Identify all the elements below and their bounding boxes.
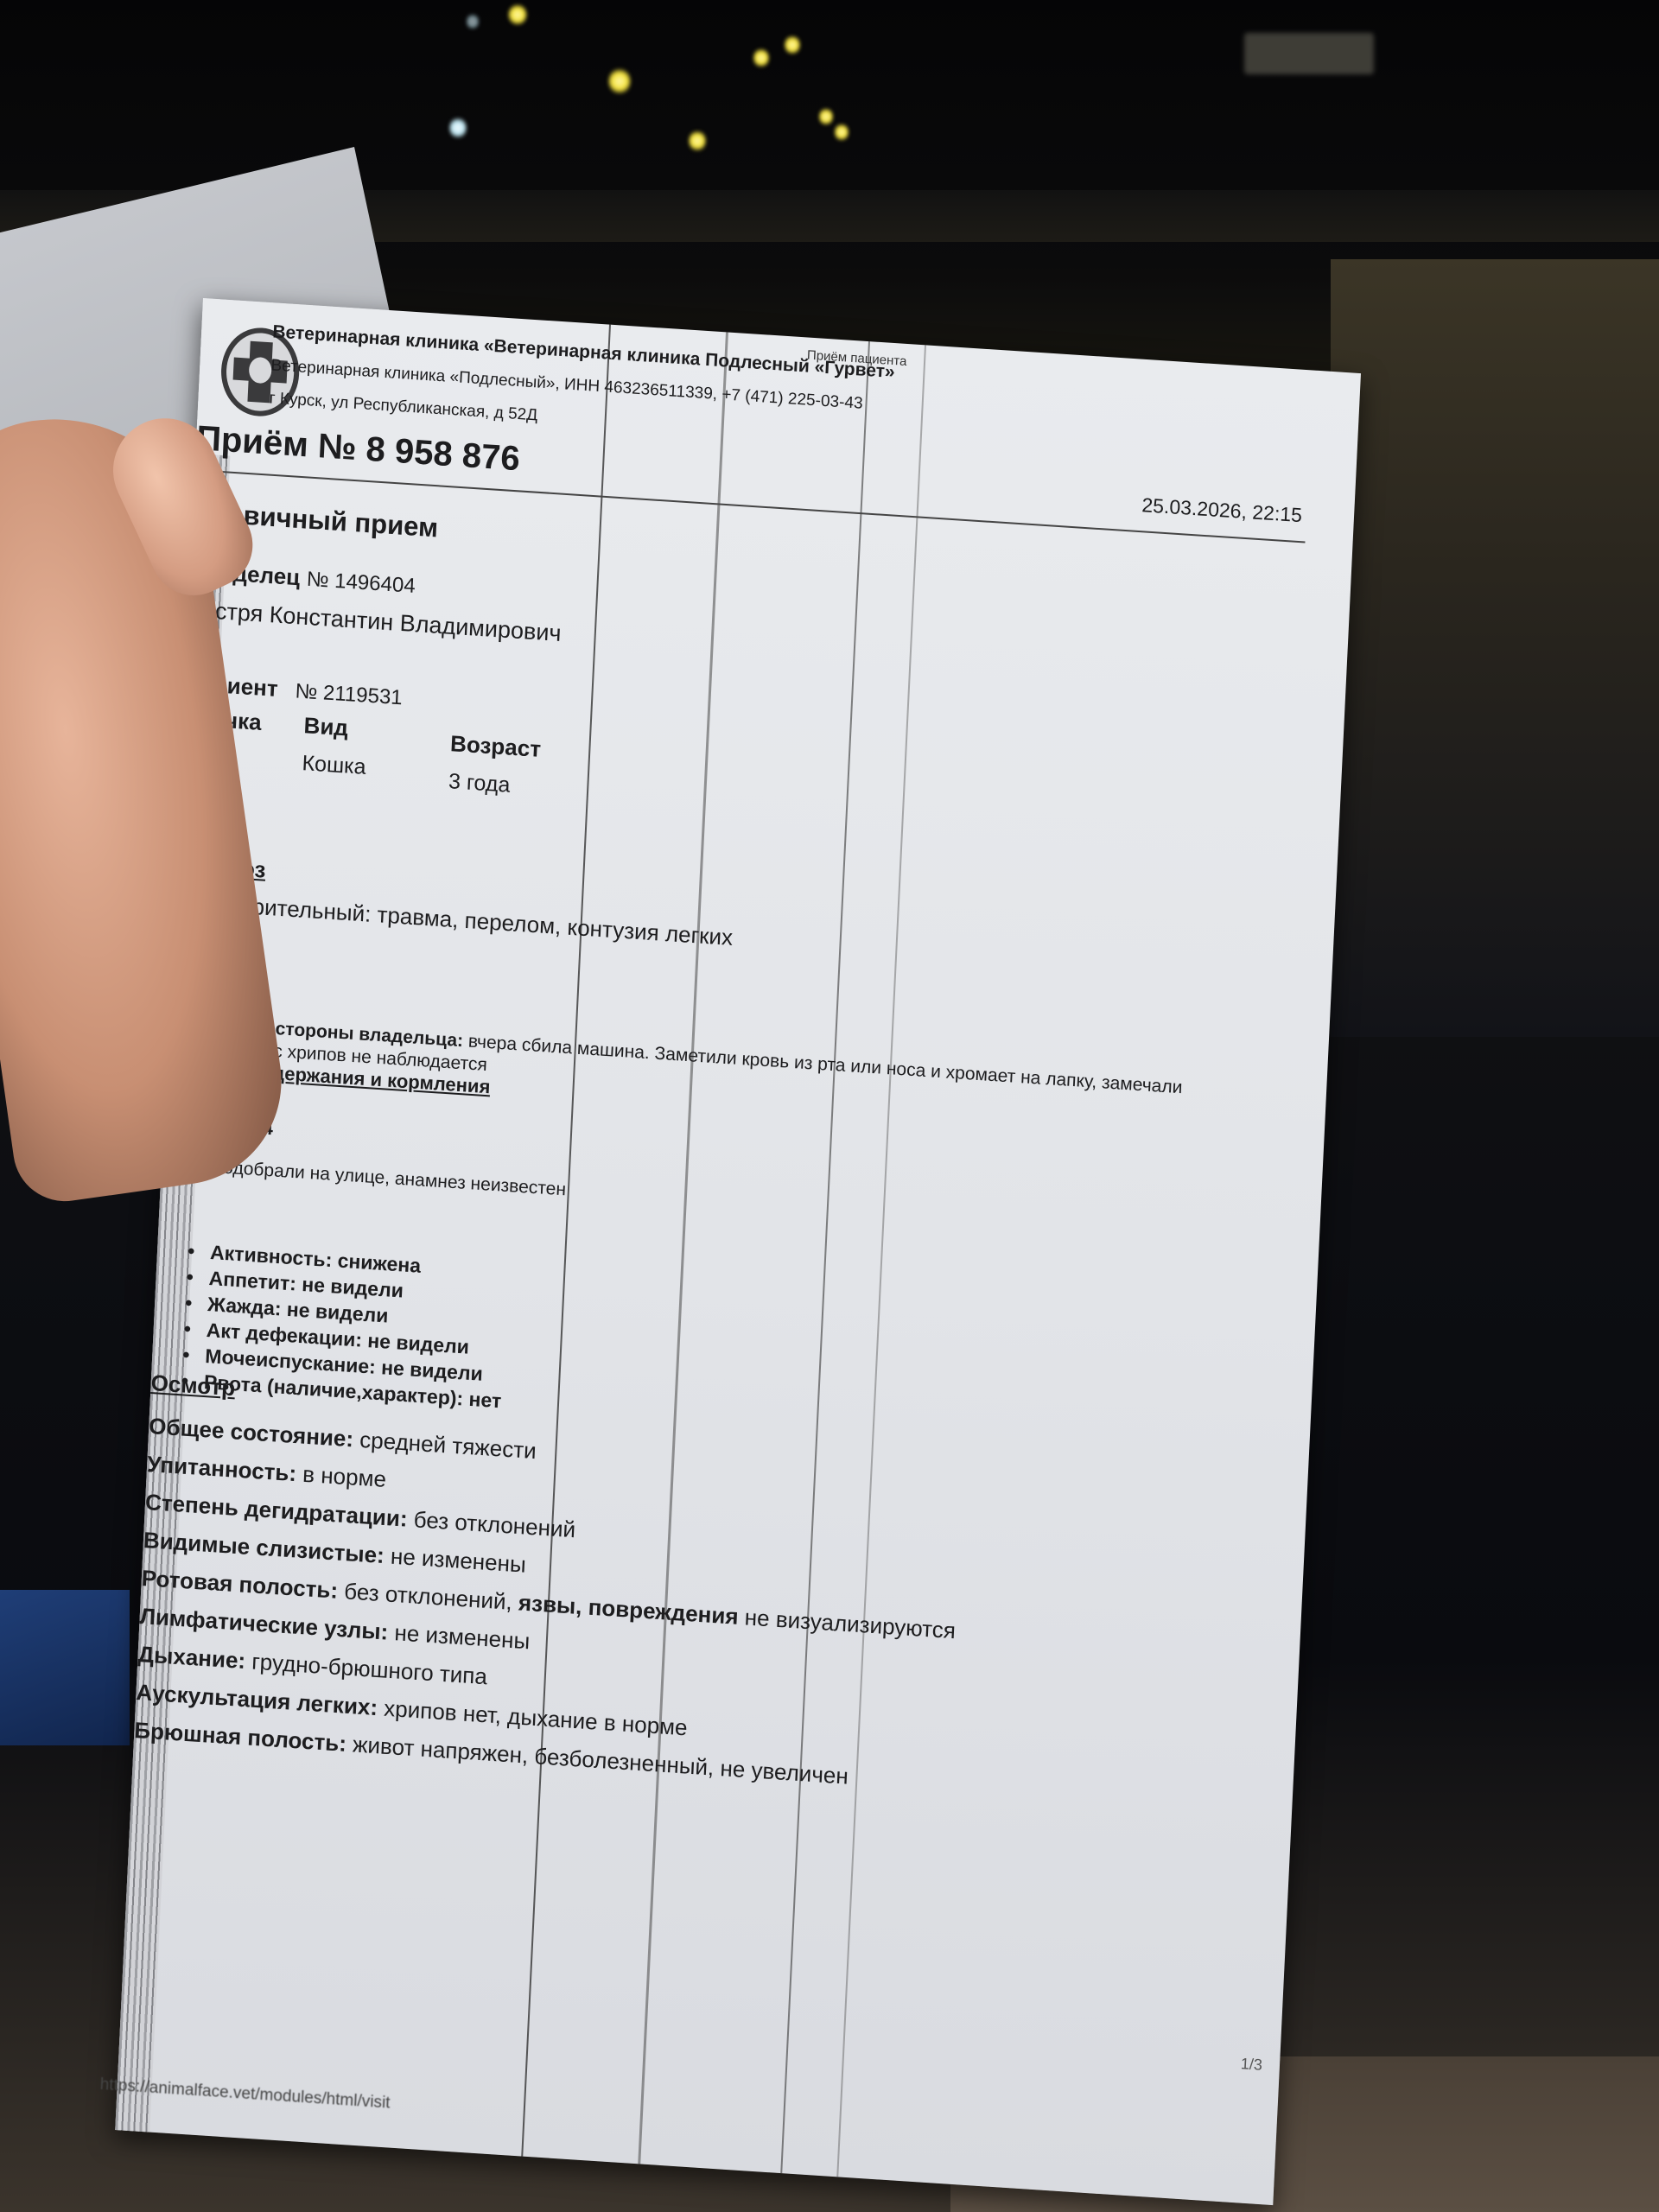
exam-value: не изменены (394, 1619, 531, 1654)
visit-datetime: 25.03.2026, 22:15 (1141, 493, 1303, 527)
visit-document: Приём пациента Ветеринарная клиника «Вет… (115, 298, 1361, 2205)
street-light (835, 123, 849, 142)
exam-value: без отклонений, (344, 1578, 513, 1615)
exam-heading: Осмотр (150, 1370, 236, 1402)
exam-list: Общее состояние: средней тяжести Упитанн… (133, 1407, 963, 1802)
blue-object (0, 1590, 130, 1745)
exam-label: Брюшная полость: (134, 1717, 347, 1757)
patient-number: № 2119531 (295, 679, 403, 710)
exam-value: без отклонений (413, 1506, 576, 1542)
street-light (467, 13, 479, 30)
page-number: 1/3 (1240, 2055, 1262, 2075)
street-light (819, 107, 833, 126)
exam-bold-value: язвы, повреждения (518, 1589, 739, 1630)
column-header: Возраст (449, 730, 541, 763)
street-light (689, 130, 706, 152)
owner-name: Зестря Константин Владимирович (188, 596, 562, 647)
owner-number: № 1496404 (306, 568, 416, 599)
exam-value: не изменены (390, 1543, 526, 1578)
print-streak (836, 345, 926, 2177)
print-streak (521, 325, 611, 2157)
column-header: Вид (303, 712, 368, 743)
exam-value: в норме (302, 1461, 387, 1492)
print-streak (638, 332, 728, 2164)
street-light (449, 117, 467, 139)
column-value: Кошка (302, 751, 366, 780)
column-value: 3 года (448, 769, 539, 800)
exam-label: Дыхание: (137, 1641, 246, 1674)
background-vehicle (1244, 33, 1374, 74)
street-light (785, 35, 800, 55)
exam-value: средней тяжести (359, 1427, 537, 1464)
patient-species-column: Вид Кошка (302, 712, 368, 780)
street-light (508, 3, 527, 26)
visit-title: Приём № 8 958 876 (195, 419, 521, 479)
patient-age-column: Возраст 3 года (448, 730, 541, 800)
street-light (608, 67, 631, 95)
exam-label: Упитанность: (147, 1451, 297, 1486)
anamnesis-note: подобрали на улице, анамнез неизвестен (213, 1157, 566, 1201)
car-interior (1331, 259, 1659, 1037)
print-streak (780, 341, 870, 2173)
exam-label: Ротовая полость: (141, 1565, 339, 1604)
exam-value: не визуализируются (744, 1604, 957, 1643)
clinic-address: г Курск, ул Республиканская, д 52Д (269, 389, 537, 425)
street-light (753, 48, 769, 68)
